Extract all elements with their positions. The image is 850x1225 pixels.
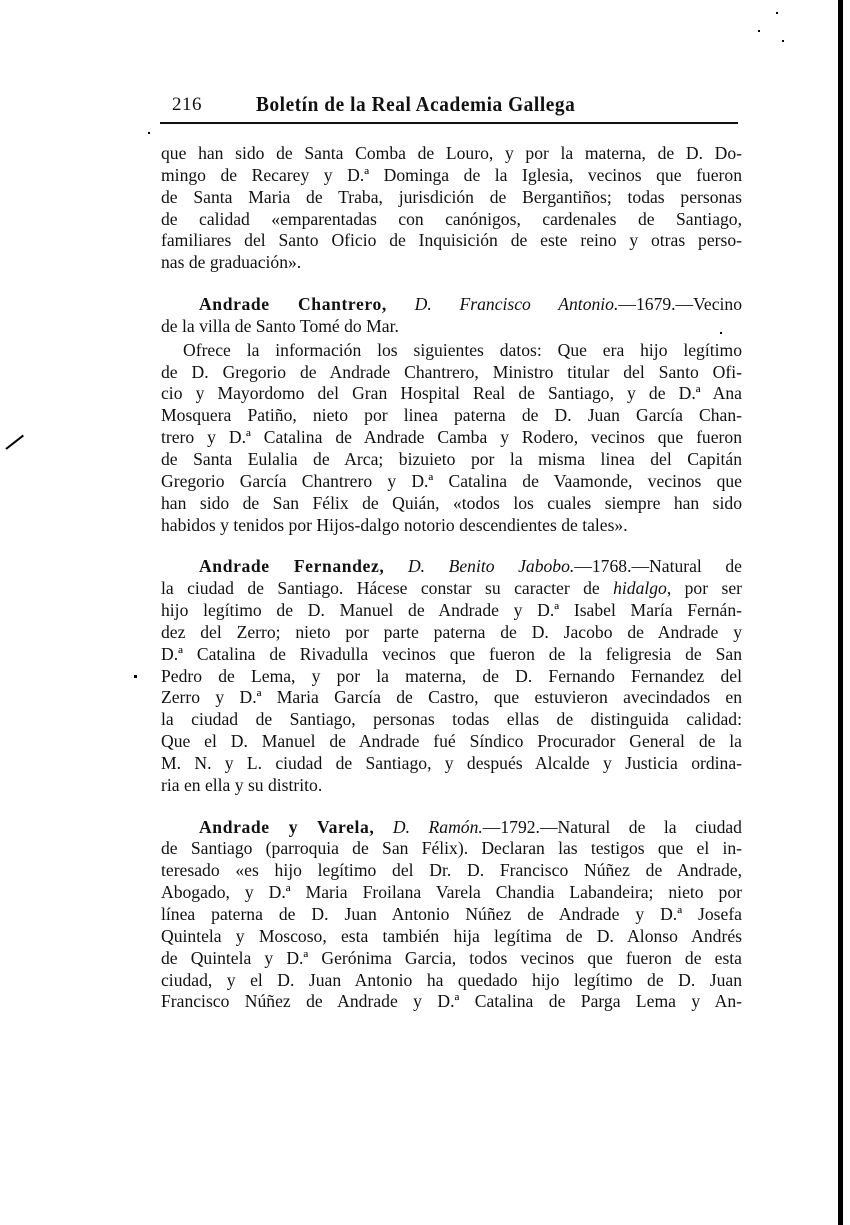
text-line: Mosquera Patiño, nieto por linea paterna… (161, 405, 742, 427)
text-line: Quintela y Moscoso, esta también hija le… (161, 926, 742, 948)
scan-edge-line (838, 0, 843, 1225)
text-line: de calidad «emparentadas con canónigos, … (161, 209, 742, 231)
text-line: hijo legítimo de D. Manuel de Andrade y … (161, 600, 742, 622)
running-title: Boletín de la Real Academia Gallega (256, 92, 575, 117)
entry-given-name: D. Ramón. (393, 817, 483, 837)
text-line: Francisco Núñez de Andrade y D.ª Catalin… (161, 991, 742, 1013)
entry-date-text: —1768.—Natural de (574, 556, 742, 576)
text-line: de Quintela y D.ª Gerónima Garcia, todos… (161, 948, 742, 970)
text-line: Gregorio García Chantrero y D.ª Catalina… (161, 471, 742, 493)
entry-surname: Andrade y Varela, (199, 817, 374, 837)
text-line: que han sido de Santa Comba de Louro, y … (161, 143, 742, 165)
text-line: trero y D.ª Catalina de Andrade Camba y … (161, 427, 742, 449)
continuation-paragraph: que han sido de Santa Comba de Louro, y … (161, 143, 742, 274)
text-line: la ciudad de Santiago, personas todas el… (161, 709, 742, 731)
text-line: cio y Mayordomo del Gran Hospital Real d… (161, 383, 742, 405)
italic-term: hidalgo (613, 578, 667, 598)
text-line: Zerro y D.ª Maria García de Castro, que … (161, 687, 742, 709)
text-line: ria en ella y su distrito. (161, 775, 742, 797)
text-line: han sido de San Félix de Quián, «todos l… (161, 493, 742, 515)
text-line: de Santiago (parroquia de San Félix). De… (161, 838, 742, 860)
scanned-page: 216 Boletín de la Real Academia Gallega … (0, 0, 850, 1225)
entry-given-name: D. Benito Jabobo. (408, 556, 574, 576)
text-line: Pedro de Lema, y por la materna, de D. F… (161, 666, 742, 688)
entry-date-text: —1792.—Natural de la ciudad (483, 817, 742, 837)
body-text: que han sido de Santa Comba de Louro, y … (161, 143, 742, 1013)
entry-date-text: —1679.—Vecino (618, 294, 742, 314)
scan-speck (134, 675, 137, 678)
entry-andrade-y-varela: Andrade y Varela, D. Ramón.—1792.—Natura… (161, 817, 742, 1014)
text-line: ciudad, y el D. Juan Antonio ha quedado … (161, 970, 742, 992)
entry-heading-line: Andrade y Varela, D. Ramón.—1792.—Natura… (161, 817, 742, 839)
text-line: D.ª Catalina de Rivadulla vecinos que fu… (161, 644, 742, 666)
scan-speck (758, 30, 760, 32)
scan-speck (148, 132, 150, 134)
text-line: mingo de Recarey y D.ª Dominga de la Igl… (161, 165, 742, 187)
entry-heading-line: Andrade Chantrero, D. Francisco Antonio.… (161, 294, 742, 316)
header-rule (160, 122, 738, 124)
text-line: línea paterna de D. Juan Antonio Núñez d… (161, 904, 742, 926)
scan-speck (776, 12, 778, 14)
scan-speck (720, 332, 722, 334)
margin-pen-mark (5, 435, 24, 450)
entry-heading-line: Andrade Fernandez, D. Benito Jabobo.—176… (161, 556, 742, 578)
text-line: de Santa Maria de Traba, jurisdición de … (161, 187, 742, 209)
text-line: Ofrece la información los siguientes dat… (161, 340, 742, 362)
text-line: de la villa de Santo Tomé do Mar. (161, 316, 742, 338)
text-line: nas de graduación». (161, 252, 742, 274)
text-line: familiares del Santo Oficio de Inquisici… (161, 230, 742, 252)
entry-surname: Andrade Chantrero, (199, 294, 387, 314)
text-line: de Santa Eulalia de Arca; bizuieto por l… (161, 449, 742, 471)
text-line: de D. Gregorio de Andrade Chantrero, Min… (161, 362, 742, 384)
entry-andrade-fernandez: Andrade Fernandez, D. Benito Jabobo.—176… (161, 556, 742, 796)
scan-speck (782, 40, 784, 42)
text-line: teresado «es hijo legítimo del Dr. D. Fr… (161, 860, 742, 882)
entry-given-name: D. Francisco Antonio. (415, 294, 619, 314)
text-line: habidos y tenidos por Hijos-dalgo notori… (161, 515, 742, 537)
text-line: Que el D. Manuel de Andrade fué Síndico … (161, 731, 742, 753)
entry-andrade-chantrero: Andrade Chantrero, D. Francisco Antonio.… (161, 294, 742, 536)
page-number: 216 (172, 94, 202, 116)
text-line: dez del Zerro; nieto por parte paterna d… (161, 622, 742, 644)
text-line: la ciudad de Santiago. Hácese constar su… (161, 578, 742, 600)
page-header: 216 Boletín de la Real Academia Gallega (160, 92, 738, 120)
entry-surname: Andrade Fernandez, (199, 556, 384, 576)
text-line: Abogado, y D.ª Maria Froilana Varela Cha… (161, 882, 742, 904)
text-line: M. N. y L. ciudad de Santiago, y después… (161, 753, 742, 775)
